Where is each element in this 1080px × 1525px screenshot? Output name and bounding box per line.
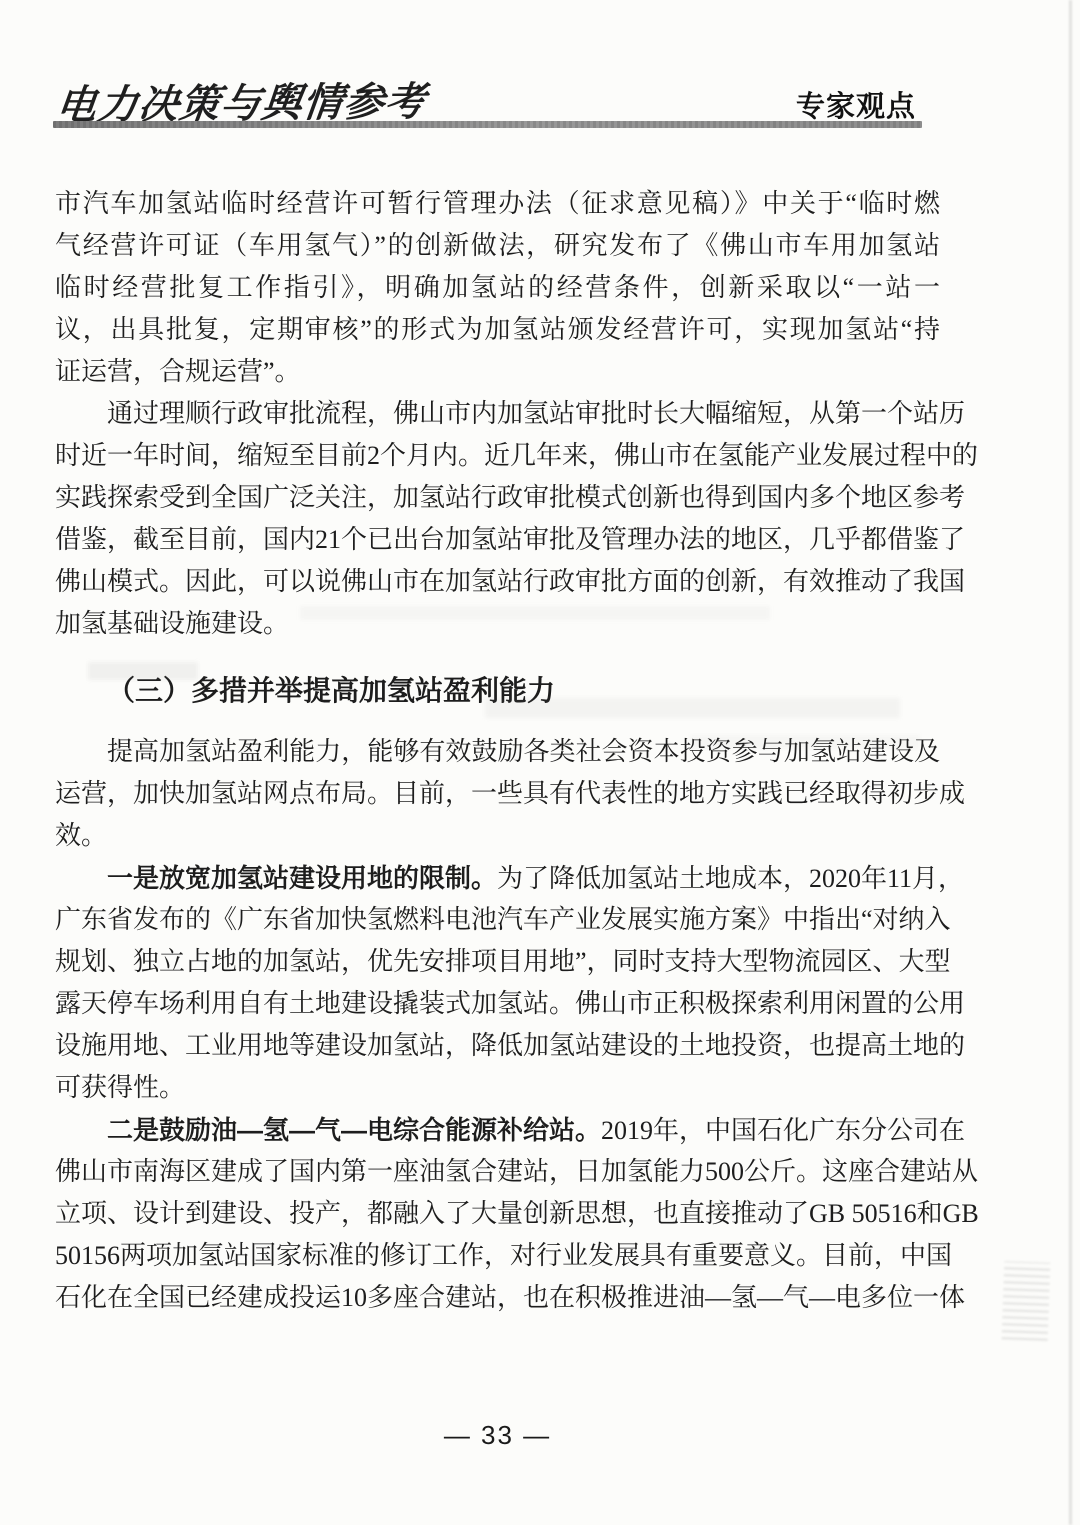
- text-segment: 效。: [55, 821, 107, 850]
- text-line: 气经营许可证（车用氢气）”的创新做法，研究发布了《佛山市车用加氢站: [55, 225, 940, 267]
- paragraph: 市汽车加氢站临时经营许可暂行管理办法（征求意见稿）》中关于“临时燃气经营许可证（…: [55, 183, 940, 393]
- text-segment: 运营，加快加氢站网点布局。目前，一些具有代表性的地方实践已经取得初步成: [55, 779, 965, 808]
- text-line: 一是放宽加氢站建设用地的限制。为了降低加氢站土地成本，2020年11月，: [55, 857, 940, 899]
- text-line: 广东省发布的《广东省加快氢燃料电池汽车产业发展实施方案》中指出“对纳入: [55, 899, 940, 941]
- text-line: 市汽车加氢站临时经营许可暂行管理办法（征求意见稿）》中关于“临时燃: [55, 183, 940, 225]
- text-line: 立项、设计到建设、投产，都融入了大量创新思想，也直接推动了GB 50516和GB: [55, 1193, 940, 1235]
- text-segment: 市汽车加氢站临时经营许可暂行管理办法（征求意见稿）》中关于“临时燃: [55, 189, 940, 218]
- text-segment: 气经营许可证（车用氢气）”的创新做法，研究发布了《佛山市车用加氢站: [55, 231, 940, 260]
- text-segment: 设施用地、工业用地等建设加氢站，降低加氢站建设的土地投资，也提高土地的: [55, 1031, 965, 1060]
- content-column: 市汽车加氢站临时经营许可暂行管理办法（征求意见稿）》中关于“临时燃气经营许可证（…: [55, 183, 940, 1319]
- section-heading: （三）多措并举提高加氢站盈利能力: [55, 669, 940, 713]
- text-line: 临时经营批复工作指引》，明确加氢站的经营条件，创新采取以“一站一: [55, 267, 940, 309]
- text-line: 佛山模式。因此，可以说佛山市在加氢站行政审批方面的创新，有效推动了我国: [55, 561, 940, 603]
- header-divider: [53, 121, 922, 128]
- text-segment: 证运营，合规运营”。: [55, 357, 301, 386]
- text-segment: 50156两项加氢站国家标准的修订工作，对行业发展具有重要意义。目前，中国: [55, 1241, 952, 1270]
- text-segment: 通过理顺行政审批流程，佛山市内加氢站审批时长大幅缩短，从第一个站历: [107, 399, 965, 428]
- text-line: 借鉴，截至目前，国内21个已出台加氢站审批及管理办法的地区，几乎都借鉴了: [55, 519, 940, 561]
- bold-text-segment: 二是鼓励油—氢—气—电综合能源补给站。: [107, 1115, 601, 1145]
- text-segment: 广东省发布的《广东省加快氢燃料电池汽车产业发展实施方案》中指出“对纳入: [55, 905, 951, 934]
- text-line: 时近一年时间，缩短至目前2个月内。近几年来，佛山市在氢能产业发展过程中的: [55, 435, 940, 477]
- paragraph: 一是放宽加氢站建设用地的限制。为了降低加氢站土地成本，2020年11月，广东省发…: [55, 857, 940, 1109]
- text-segment: 实践探索受到全国广泛关注，加氢站行政审批模式创新也得到国内多个地区参考: [55, 483, 965, 512]
- scan-artifact: [1002, 1261, 1051, 1341]
- text-line: （三）多措并举提高加氢站盈利能力: [55, 669, 940, 713]
- text-segment: 可获得性。: [55, 1073, 185, 1102]
- paragraph: 二是鼓励油—氢—气—电综合能源补给站。2019年，中国石化广东分公司在佛山市南海…: [55, 1109, 940, 1319]
- bold-text-segment: （三）多措并举提高加氢站盈利能力: [107, 675, 555, 706]
- text-line: 提高加氢站盈利能力，能够有效鼓励各类社会资本投资参与加氢站建设及: [55, 731, 940, 773]
- text-segment: 临时经营批复工作指引》，明确加氢站的经营条件，创新采取以“一站一: [55, 273, 940, 302]
- text-segment: 议，出具批复，定期审核”的形式为加氢站颁发经营许可，实现加氢站“持: [55, 315, 940, 344]
- text-line: 效。: [55, 815, 940, 857]
- paragraph: 提高加氢站盈利能力，能够有效鼓励各类社会资本投资参与加氢站建设及运营，加快加氢站…: [55, 731, 940, 857]
- text-line: 通过理顺行政审批流程，佛山市内加氢站审批时长大幅缩短，从第一个站历: [55, 393, 940, 435]
- text-line: 设施用地、工业用地等建设加氢站，降低加氢站建设的土地投资，也提高土地的: [55, 1025, 940, 1067]
- text-segment: 规划、独立占地的加氢站，优先安排项目用地”，同时支持大型物流园区、大型: [55, 947, 951, 976]
- section-label: 专家观点: [796, 84, 926, 125]
- page-number: — 33 —: [55, 1420, 940, 1451]
- paragraph: 通过理顺行政审批流程，佛山市内加氢站审批时长大幅缩短，从第一个站历时近一年时间，…: [55, 393, 940, 645]
- text-segment: 佛山模式。因此，可以说佛山市在加氢站行政审批方面的创新，有效推动了我国: [55, 567, 965, 596]
- text-line: 运营，加快加氢站网点布局。目前，一些具有代表性的地方实践已经取得初步成: [55, 773, 940, 815]
- text-segment: 提高加氢站盈利能力，能够有效鼓励各类社会资本投资参与加氢站建设及: [107, 737, 940, 766]
- text-segment: 借鉴，截至目前，国内21个已出台加氢站审批及管理办法的地区，几乎都借鉴了: [55, 525, 965, 554]
- scan-edge-streak: [1069, 0, 1072, 1525]
- bold-text-segment: 一是放宽加氢站建设用地的限制。: [107, 863, 497, 893]
- text-line: 规划、独立占地的加氢站，优先安排项目用地”，同时支持大型物流园区、大型: [55, 941, 940, 983]
- text-line: 议，出具批复，定期审核”的形式为加氢站颁发经营许可，实现加氢站“持: [55, 309, 940, 351]
- text-segment: 立项、设计到建设、投产，都融入了大量创新思想，也直接推动了GB 50516和GB: [55, 1199, 979, 1228]
- text-segment: 时近一年时间，缩短至目前2个月内。近几年来，佛山市在氢能产业发展过程中的: [55, 441, 978, 470]
- text-line: 二是鼓励油—氢—气—电综合能源补给站。2019年，中国石化广东分公司在: [55, 1109, 940, 1151]
- text-segment: 为了降低加氢站土地成本，2020年11月，: [497, 864, 964, 893]
- text-segment: 露天停车场利用自有土地建设撬装式加氢站。佛山市正积极探索利用闲置的公用: [55, 989, 965, 1018]
- text-segment: 2019年，中国石化广东分公司在: [601, 1116, 965, 1145]
- text-line: 石化在全国已经建成投运10多座合建站，也在积极推进油—氢—气—电多位一体: [55, 1277, 940, 1319]
- text-line: 露天停车场利用自有土地建设撬装式加氢站。佛山市正积极探索利用闲置的公用: [55, 983, 940, 1025]
- text-line: 加氢基础设施建设。: [55, 603, 940, 645]
- text-segment: 佛山市南海区建成了国内第一座油氢合建站，日加氢能力500公斤。这座合建站从: [55, 1157, 978, 1186]
- scanned-document-page: 电力决策与舆情参考 专家观点 市汽车加氢站临时经营许可暂行管理办法（征求意见稿）…: [0, 0, 1080, 1525]
- text-line: 证运营，合规运营”。: [55, 351, 940, 393]
- text-line: 50156两项加氢站国家标准的修订工作，对行业发展具有重要意义。目前，中国: [55, 1235, 940, 1277]
- text-segment: 加氢基础设施建设。: [55, 609, 289, 638]
- text-line: 佛山市南海区建成了国内第一座油氢合建站，日加氢能力500公斤。这座合建站从: [55, 1151, 940, 1193]
- text-segment: 石化在全国已经建成投运10多座合建站，也在积极推进油—氢—气—电多位一体: [55, 1283, 965, 1312]
- text-line: 实践探索受到全国广泛关注，加氢站行政审批模式创新也得到国内多个地区参考: [55, 477, 940, 519]
- text-line: 可获得性。: [55, 1067, 940, 1109]
